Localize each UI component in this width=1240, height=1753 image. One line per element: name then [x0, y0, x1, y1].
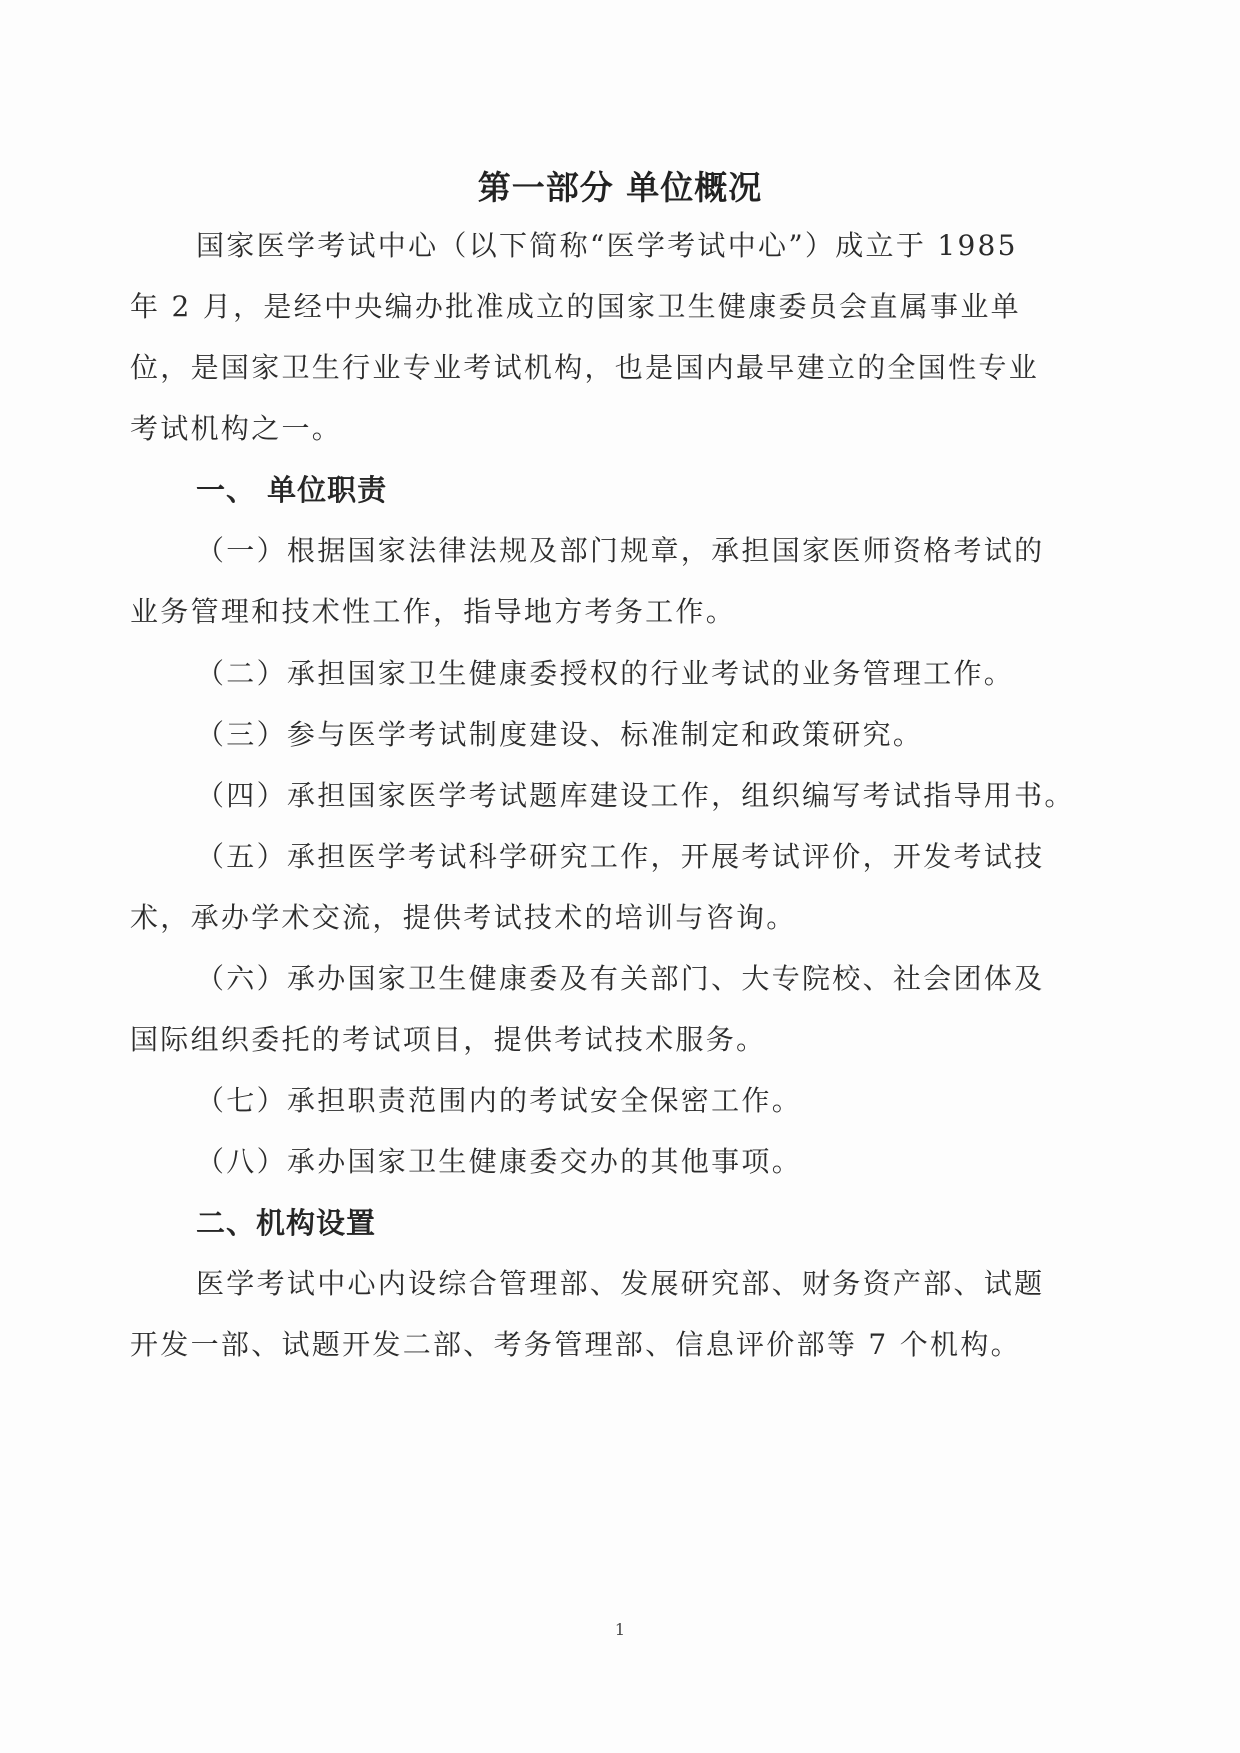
intro-paragraph-line: 考试机构之一。 [130, 409, 1115, 449]
organization-paragraph-line: 医学考试中心内设综合管理部、发展研究部、财务资产部、试题 [196, 1264, 1181, 1304]
organization-paragraph-line: 开发一部、试题开发二部、考务管理部、信息评价部等 7 个机构。 [130, 1325, 1115, 1365]
responsibility-item-line: （六）承办国家卫生健康委及有关部门、大专院校、社会团体及 [196, 959, 1181, 999]
responsibility-item-line: （七）承担职责范围内的考试安全保密工作。 [196, 1081, 1181, 1121]
responsibility-item-line: 术，承办学术交流，提供考试技术的培训与咨询。 [130, 898, 1115, 938]
section-heading-organization: 二、机构设置 [196, 1203, 376, 1243]
responsibility-item-line: （一）根据国家法律法规及部门规章，承担国家医师资格考试的 [196, 531, 1181, 571]
responsibility-item-line: （三）参与医学考试制度建设、标准制定和政策研究。 [196, 715, 1181, 755]
intro-paragraph-line: 国家医学考试中心（以下简称“医学考试中心”）成立于 1985 [196, 226, 1181, 266]
responsibility-item-line: 国际组织委托的考试项目，提供考试技术服务。 [130, 1020, 1115, 1060]
responsibility-item-line: （四）承担国家医学考试题库建设工作，组织编写考试指导用书。 [196, 776, 1181, 816]
page-title: 第一部分 单位概况 [0, 162, 1240, 209]
intro-paragraph-line: 位，是国家卫生行业专业考试机构，也是国内最早建立的全国性专业 [130, 348, 1115, 388]
document-page: 第一部分 单位概况 国家医学考试中心（以下简称“医学考试中心”）成立于 1985… [0, 0, 1240, 1753]
intro-paragraph-line: 年 2 月，是经中央编办批准成立的国家卫生健康委员会直属事业单 [130, 287, 1115, 327]
section-heading-responsibilities: 一、 单位职责 [196, 470, 387, 510]
responsibility-item-line: 业务管理和技术性工作，指导地方考务工作。 [130, 592, 1115, 632]
responsibility-item-line: （二）承担国家卫生健康委授权的行业考试的业务管理工作。 [196, 654, 1181, 694]
responsibility-item-line: （八）承办国家卫生健康委交办的其他事项。 [196, 1142, 1181, 1182]
page-number: 1 [0, 1620, 1240, 1639]
responsibility-item-line: （五）承担医学考试科学研究工作，开展考试评价，开发考试技 [196, 837, 1181, 877]
